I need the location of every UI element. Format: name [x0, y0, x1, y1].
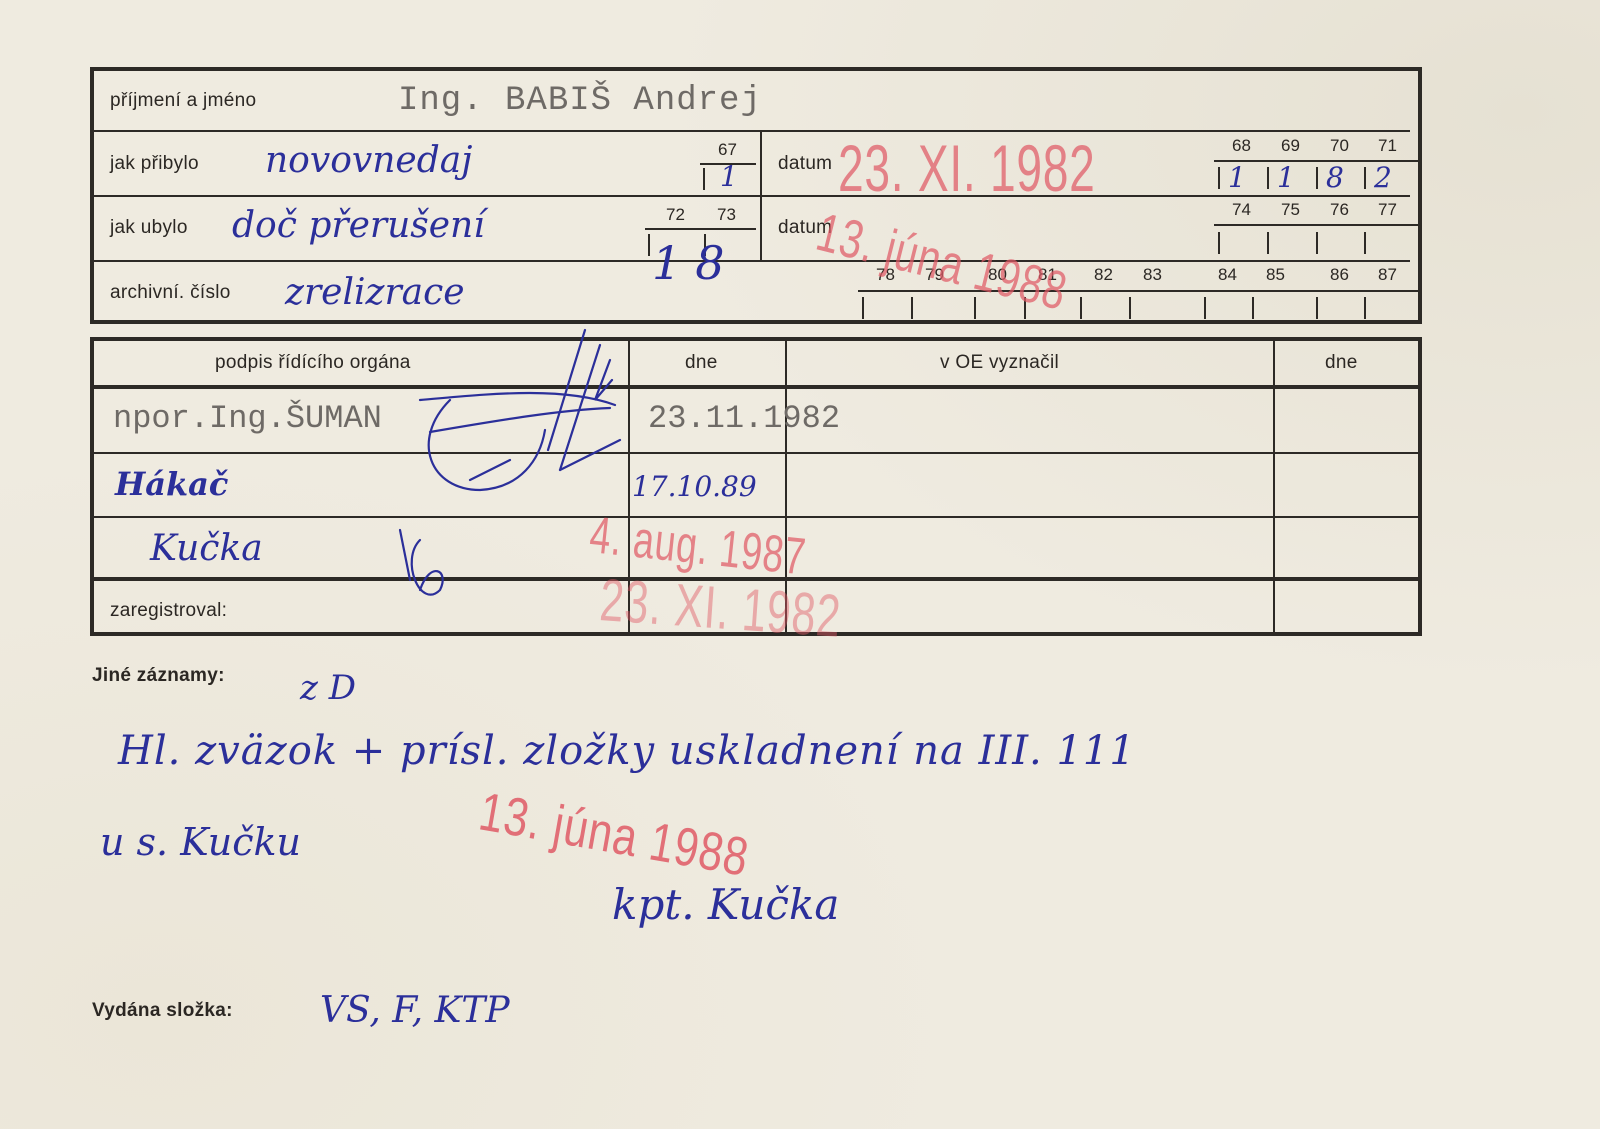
- other-records-label: Jiné záznamy:: [92, 665, 225, 687]
- other-records-signature: kpt. Kučka: [612, 880, 839, 929]
- stamp-date-1: 23. XI. 1982: [838, 130, 1096, 206]
- other-records-line1: Hl. zväzok + prísl. zložky uskladnení na…: [118, 728, 1136, 774]
- other-records-prefix: z D: [300, 668, 356, 708]
- issued-label: Vydána složka:: [92, 1000, 233, 1022]
- other-records-line2: u s. Kučku: [100, 820, 301, 864]
- issued-value: VS, F, KTP: [320, 990, 510, 1031]
